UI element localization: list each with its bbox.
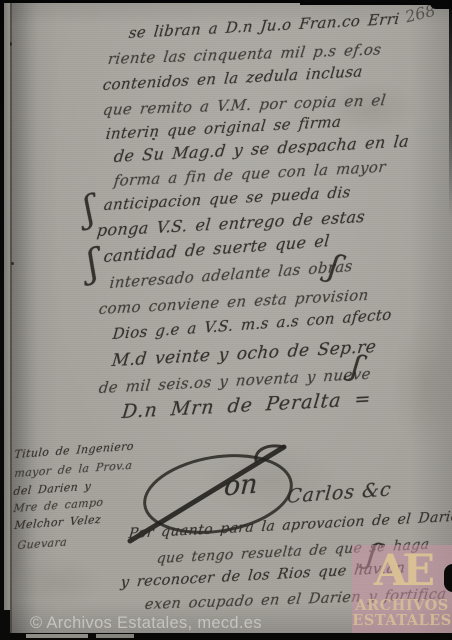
ink-speck xyxy=(11,262,14,265)
ink-speck xyxy=(7,42,12,46)
archive-stamp-line1: ARCHIVOS xyxy=(355,598,448,613)
archive-stamp-monogram: AE xyxy=(374,551,430,592)
copyright-watermark: © Archivos Estatales, mecd.es xyxy=(30,614,262,633)
margin-note-line: Guevara xyxy=(17,536,68,551)
don-suffix: on xyxy=(223,468,258,502)
archive-stamp: AE ARCHIVOS ESTATALES xyxy=(352,545,452,640)
archive-stamp-line2: ESTATALES xyxy=(352,613,451,628)
manuscript-scan: 268 se libran a D.n Ju.o Fran.co Erri ri… xyxy=(0,0,452,640)
ink-speck xyxy=(152,138,155,140)
